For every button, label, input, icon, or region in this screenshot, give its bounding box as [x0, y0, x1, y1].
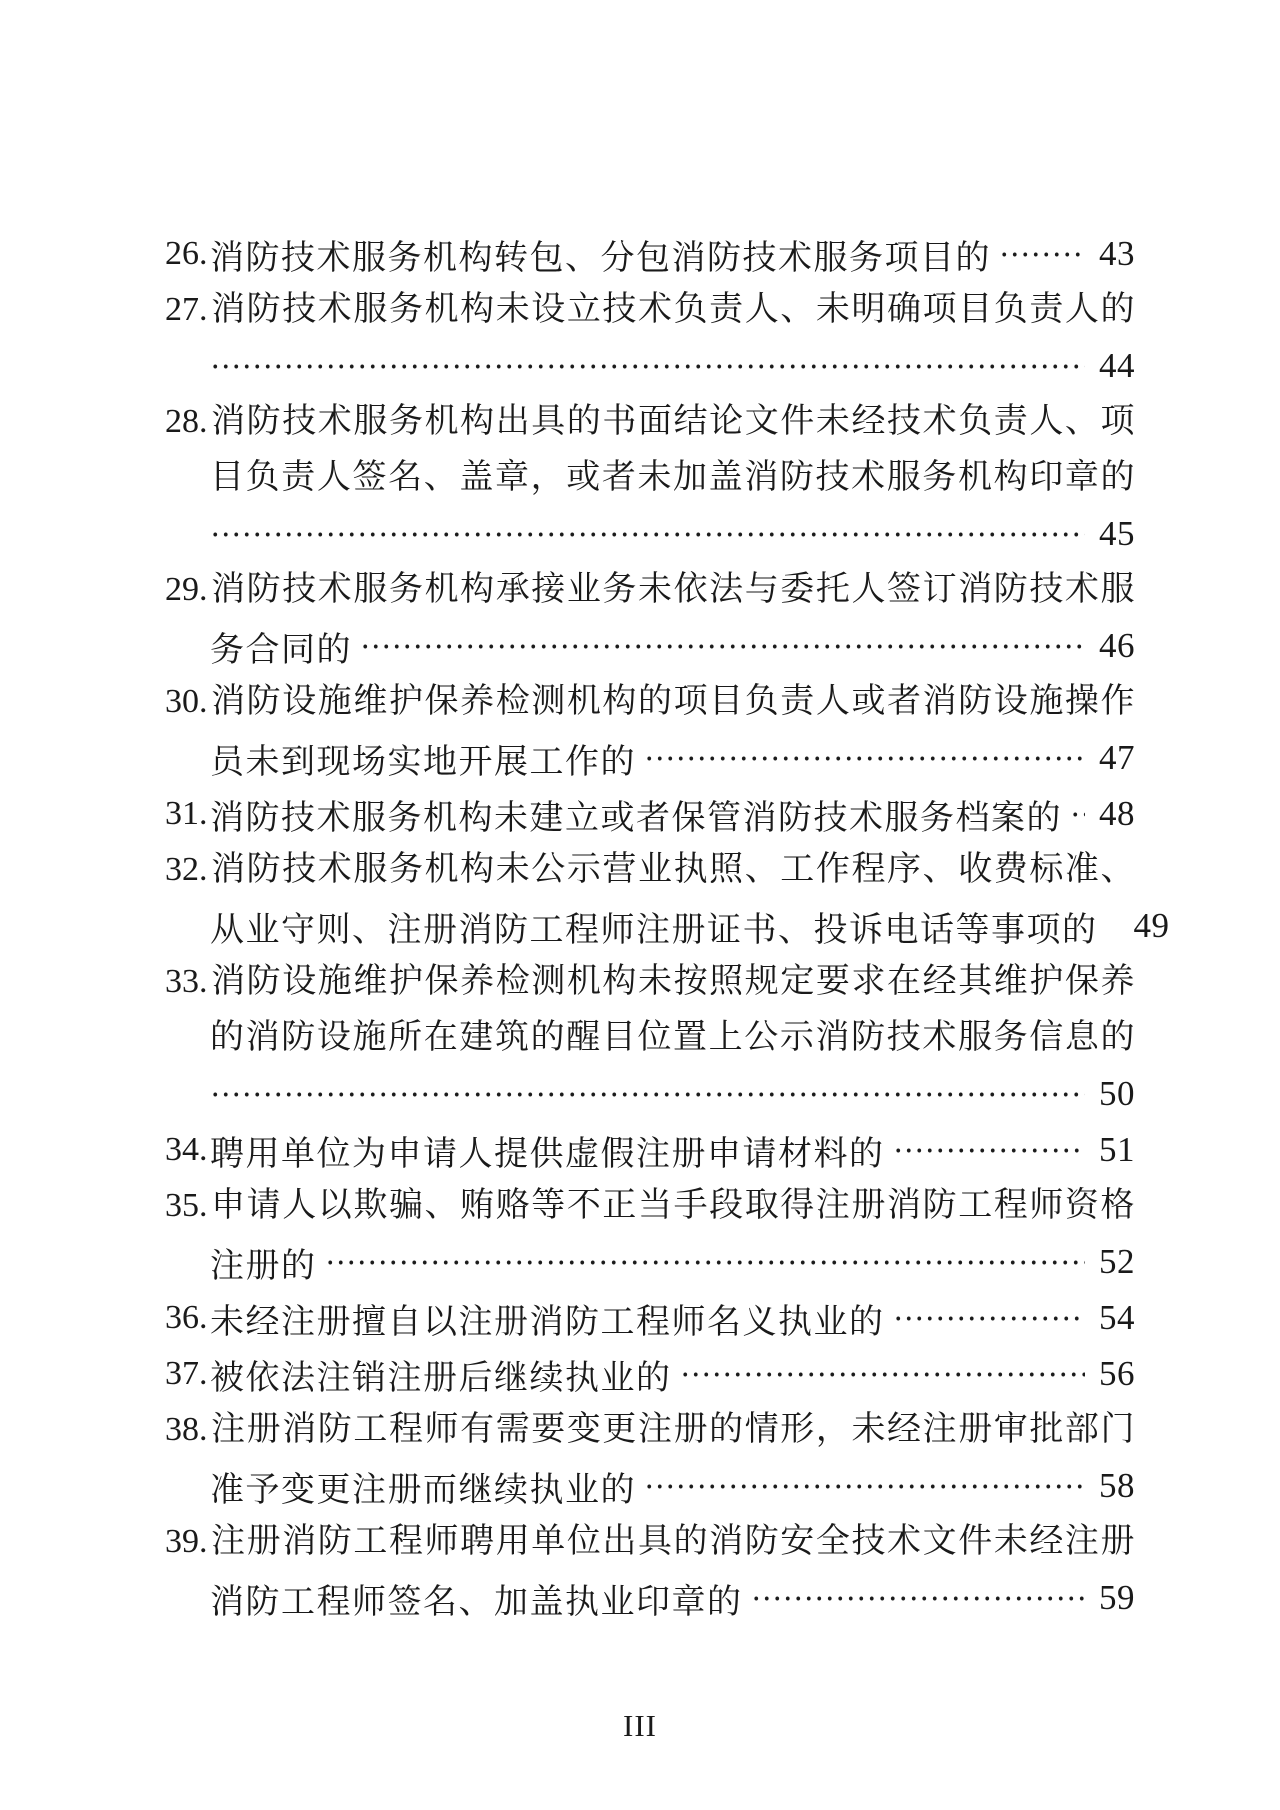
dot-leader: [893, 1290, 1086, 1346]
toc-page-number: 56: [1099, 1354, 1135, 1394]
toc-entry-line: 50: [165, 1066, 1135, 1122]
toc-entry-number: 31.: [165, 795, 210, 833]
toc-entry: 33.消防设施维护保养检测机构未按照规定要求在经其维护保养的消防设施所在建筑的醒…: [165, 954, 1135, 1122]
dot-leader: [360, 618, 1085, 674]
toc-entry-number: 30.: [165, 674, 210, 730]
toc-entry-number: 27.: [165, 282, 210, 338]
toc-entry-text: 消防设施维护保养检测机构未按照规定要求在经其维护保养: [210, 963, 1135, 1000]
toc-page-number: 43: [1099, 234, 1135, 274]
toc-entry-line: 目负责人签名、盖章，或者未加盖消防技术服务机构印章的: [165, 450, 1135, 506]
toc-entry: 28.消防技术服务机构出具的书面结论文件未经技术负责人、项目负责人签名、盖章，或…: [165, 394, 1135, 562]
toc-entry-text: 消防技术服务机构出具的书面结论文件未经技术负责人、项: [210, 403, 1135, 440]
toc-entry: 38.注册消防工程师有需要变更注册的情形，未经注册审批部门准予变更注册而继续执业…: [165, 1402, 1135, 1514]
toc-page-number: 44: [1099, 346, 1135, 386]
page-footer: III: [0, 1698, 1280, 1754]
toc-entry-line: 从业守则、注册消防工程师注册证书、投诉电话等事项的49: [165, 898, 1135, 954]
toc-page-number: 52: [1099, 1242, 1135, 1282]
toc-page-number: 58: [1099, 1466, 1135, 1506]
toc-page-number: 46: [1099, 626, 1135, 666]
toc-entry: 31.消防技术服务机构未建立或者保管消防技术服务档案的48: [165, 786, 1135, 842]
dot-leader: [210, 1066, 1085, 1122]
toc-entry-number: 32.: [165, 842, 210, 898]
toc-entry-text: 被依法注销注册后继续执业的: [210, 1350, 672, 1399]
toc-entry-line: 39.注册消防工程师聘用单位出具的消防安全技术文件未经注册: [165, 1514, 1135, 1570]
toc-entry-text: 注册的: [210, 1238, 317, 1287]
toc-page-number: 47: [1099, 738, 1135, 778]
toc-entry-line: 消防工程师签名、加盖执业印章的59: [165, 1570, 1135, 1626]
toc-entry-number: 38.: [165, 1402, 210, 1458]
toc-entry: 30.消防设施维护保养检测机构的项目负责人或者消防设施操作员未到现场实地开展工作…: [165, 674, 1135, 786]
toc-page-number: 45: [1099, 514, 1135, 554]
toc-entry-line: 26.消防技术服务机构转包、分包消防技术服务项目的43: [165, 226, 1135, 282]
toc-entry-text: 注册消防工程师有需要变更注册的情形，未经注册审批部门: [210, 1411, 1135, 1448]
toc-entry-line: 45: [165, 506, 1135, 562]
toc-entry-number: 28.: [165, 394, 210, 450]
toc-entry-text: 消防工程师签名、加盖执业印章的: [210, 1574, 743, 1623]
dot-leader: [893, 1122, 1086, 1178]
page-number: III: [623, 1708, 657, 1743]
toc-entry-line: 员未到现场实地开展工作的47: [165, 730, 1135, 786]
toc-page-number: 48: [1099, 794, 1135, 834]
toc-entry-text: 消防技术服务机构转包、分包消防技术服务项目的: [210, 230, 991, 279]
toc-entry-text: 准予变更注册而继续执业的: [210, 1462, 636, 1511]
dot-leader: [325, 1234, 1086, 1290]
toc-entry-line: 44: [165, 338, 1135, 394]
toc-entry-line: 准予变更注册而继续执业的58: [165, 1458, 1135, 1514]
toc-entry-line: 32.消防技术服务机构未公示营业执照、工作程序、收费标准、: [165, 842, 1135, 898]
toc-entry-text: 聘用单位为申请人提供虚假注册申请材料的: [210, 1126, 885, 1175]
toc-entry: 34.聘用单位为申请人提供虚假注册申请材料的51: [165, 1122, 1135, 1178]
dot-leader: [210, 506, 1085, 562]
toc-entry-line: 29.消防技术服务机构承接业务未依法与委托人签订消防技术服: [165, 562, 1135, 618]
toc-entry: 27.消防技术服务机构未设立技术负责人、未明确项目负责人的44: [165, 282, 1135, 394]
toc-entry-line: 33.消防设施维护保养检测机构未按照规定要求在经其维护保养: [165, 954, 1135, 1010]
dot-leader: [1106, 898, 1120, 954]
toc-entry-line: 注册的52: [165, 1234, 1135, 1290]
toc-entry-text: 消防技术服务机构未公示营业执照、工作程序、收费标准、: [210, 851, 1135, 888]
toc-page-number: 51: [1099, 1130, 1135, 1170]
toc-list: 26.消防技术服务机构转包、分包消防技术服务项目的4327.消防技术服务机构未设…: [165, 226, 1135, 1626]
toc-page-number: 59: [1099, 1578, 1135, 1618]
toc-entry-number: 39.: [165, 1514, 210, 1570]
toc-entry-text: 目负责人签名、盖章，或者未加盖消防技术服务机构印章的: [210, 459, 1135, 496]
toc-entry-line: 27.消防技术服务机构未设立技术负责人、未明确项目负责人的: [165, 282, 1135, 338]
dot-leader: [999, 226, 1085, 282]
dot-leader: [680, 1346, 1086, 1402]
toc-entry: 37.被依法注销注册后继续执业的56: [165, 1346, 1135, 1402]
dot-leader: [644, 730, 1085, 786]
toc-entry: 26.消防技术服务机构转包、分包消防技术服务项目的43: [165, 226, 1135, 282]
toc-entry-number: 37.: [165, 1355, 210, 1393]
toc-entry-number: 35.: [165, 1178, 210, 1234]
toc-entry: 32.消防技术服务机构未公示营业执照、工作程序、收费标准、从业守则、注册消防工程…: [165, 842, 1135, 954]
toc-entry-line: 31.消防技术服务机构未建立或者保管消防技术服务档案的48: [165, 786, 1135, 842]
dot-leader: [751, 1570, 1086, 1626]
toc-entry: 39.注册消防工程师聘用单位出具的消防安全技术文件未经注册消防工程师签名、加盖执…: [165, 1514, 1135, 1626]
toc-page-number: 50: [1099, 1074, 1135, 1114]
toc-entry: 35.申请人以欺骗、贿赂等不正当手段取得注册消防工程师资格注册的52: [165, 1178, 1135, 1290]
toc-entry-number: 36.: [165, 1299, 210, 1337]
dot-leader: [210, 338, 1085, 394]
dot-leader: [1070, 786, 1085, 842]
toc-entry-text: 消防设施维护保养检测机构的项目负责人或者消防设施操作: [210, 683, 1135, 720]
toc-entry-text: 员未到现场实地开展工作的: [210, 734, 636, 783]
toc-entry-number: 33.: [165, 954, 210, 1010]
toc-entry-number: 29.: [165, 562, 210, 618]
toc-entry-number: 34.: [165, 1131, 210, 1169]
toc-entry: 36.未经注册擅自以注册消防工程师名义执业的54: [165, 1290, 1135, 1346]
toc-entry-line: 28.消防技术服务机构出具的书面结论文件未经技术负责人、项: [165, 394, 1135, 450]
dot-leader: [644, 1458, 1085, 1514]
toc-entry-text: 的消防设施所在建筑的醒目位置上公示消防技术服务信息的: [210, 1019, 1135, 1056]
toc-entry: 29.消防技术服务机构承接业务未依法与委托人签订消防技术服务合同的46: [165, 562, 1135, 674]
toc-page-number: 49: [1134, 906, 1170, 946]
toc-entry-line: 30.消防设施维护保养检测机构的项目负责人或者消防设施操作: [165, 674, 1135, 730]
toc-entry-line: 38.注册消防工程师有需要变更注册的情形，未经注册审批部门: [165, 1402, 1135, 1458]
toc-entry-text: 从业守则、注册消防工程师注册证书、投诉电话等事项的: [210, 902, 1098, 951]
toc-entry-number: 26.: [165, 235, 210, 273]
toc-entry-line: 务合同的46: [165, 618, 1135, 674]
toc-page-number: 54: [1099, 1298, 1135, 1338]
toc-entry-text: 消防技术服务机构未建立或者保管消防技术服务档案的: [210, 790, 1062, 839]
toc-entry-text: 消防技术服务机构承接业务未依法与委托人签订消防技术服: [210, 571, 1135, 608]
toc-entry-text: 消防技术服务机构未设立技术负责人、未明确项目负责人的: [210, 291, 1135, 328]
toc-entry-text: 注册消防工程师聘用单位出具的消防安全技术文件未经注册: [210, 1523, 1135, 1560]
toc-entry-text: 未经注册擅自以注册消防工程师名义执业的: [210, 1294, 885, 1343]
toc-entry-line: 36.未经注册擅自以注册消防工程师名义执业的54: [165, 1290, 1135, 1346]
document-page: { "document": { "type": "table-of-conten…: [0, 0, 1280, 1810]
toc-entry-line: 34.聘用单位为申请人提供虚假注册申请材料的51: [165, 1122, 1135, 1178]
toc-entry-line: 35.申请人以欺骗、贿赂等不正当手段取得注册消防工程师资格: [165, 1178, 1135, 1234]
toc-entry-line: 37.被依法注销注册后继续执业的56: [165, 1346, 1135, 1402]
toc-entry-text: 申请人以欺骗、贿赂等不正当手段取得注册消防工程师资格: [210, 1187, 1135, 1224]
toc-entry-text: 务合同的: [210, 622, 352, 671]
toc-entry-line: 的消防设施所在建筑的醒目位置上公示消防技术服务信息的: [165, 1010, 1135, 1066]
